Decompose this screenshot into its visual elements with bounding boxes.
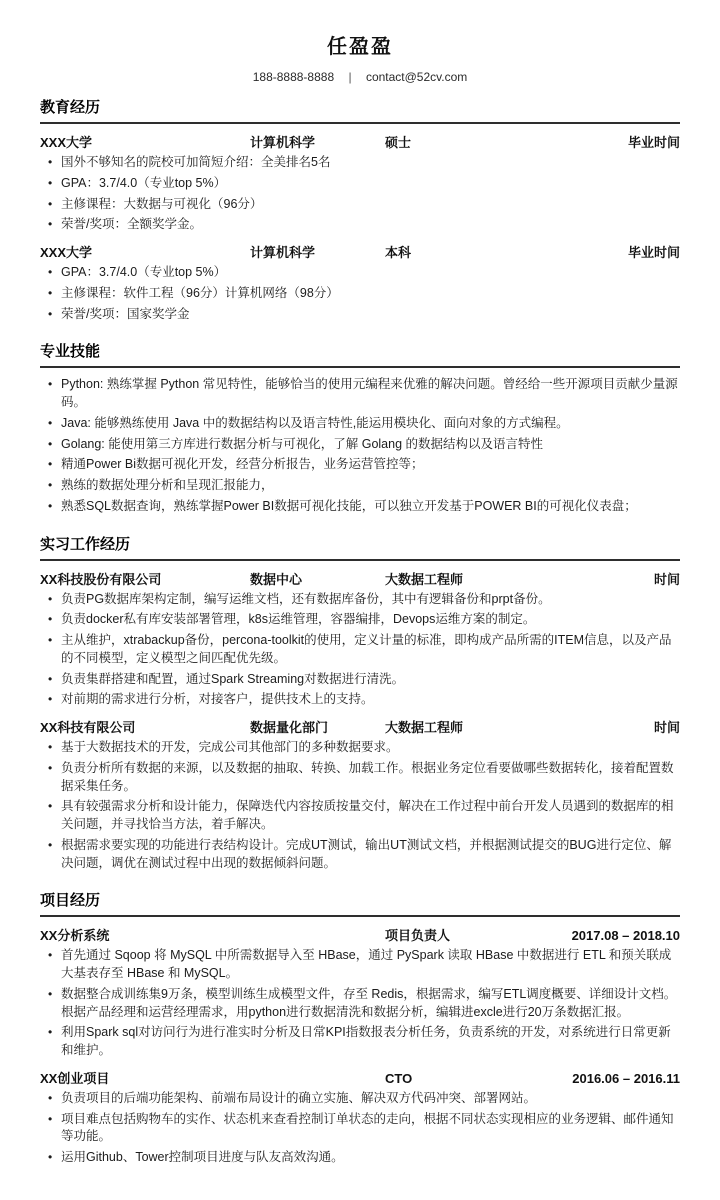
- section-work-experience: 实习工作经历 XX科技股份有限公司 数据中心 大数据工程师 时间 负责PG数据库…: [40, 533, 680, 873]
- section-title-skills: 专业技能: [40, 340, 680, 368]
- education-entries: XXX大学 计算机科学 硕士 毕业时间 国外不够知名的院校可加简短介绍：全美排名…: [40, 132, 680, 323]
- section-projects: 项目经历 XX分析系统 项目负责人 2017.08 – 2018.10 首先通过…: [40, 889, 680, 1167]
- job-title: 大数据工程师: [385, 569, 654, 588]
- bullet-item: 熟悉SQL数据查询，熟练掌握Power BI数据可视化技能，可以独立开发基于PO…: [48, 498, 680, 516]
- bullet-item: 荣誉/奖项：全额奖学金。: [48, 216, 680, 234]
- bullet-item: GPA：3.7/4.0（专业top 5%）: [48, 175, 680, 193]
- education-entry: XXX大学 计算机科学 硕士 毕业时间 国外不够知名的院校可加简短介绍：全美排名…: [40, 132, 680, 234]
- work-entry: XX科技股份有限公司 数据中心 大数据工程师 时间 负责PG数据库架构定制，编写…: [40, 569, 680, 710]
- work-time: 时间: [654, 569, 680, 588]
- bullet-item: Python: 熟练掌握 Python 常见特性，能够恰当的使用元编程来优雅的解…: [48, 376, 680, 412]
- bullet-item: 主修课程：软件工程（96分）计算机网络（98分）: [48, 285, 680, 303]
- company-name: XX科技有限公司: [40, 717, 250, 736]
- bullet-item: 运用Github、Tower控制项目进度与队友高效沟通。: [48, 1149, 680, 1167]
- major-name: 计算机科学: [250, 132, 385, 151]
- education-entry-header: XXX大学 计算机科学 硕士 毕业时间: [40, 132, 680, 151]
- major-name: 计算机科学: [250, 242, 385, 261]
- section-education: 教育经历 XXX大学 计算机科学 硕士 毕业时间 国外不够知名的院校可加简短介绍…: [40, 96, 680, 323]
- project-time: 2017.08 – 2018.10: [572, 928, 680, 943]
- bullet-item: 数据整合成训练集9万条，模型训练生成模型文件，存至 Redis，根据需求，编写E…: [48, 986, 680, 1022]
- bullet-item: Golang: 能使用第三方库进行数据分析与可视化，了解 Golang 的数据结…: [48, 436, 680, 454]
- project-name: XX分析系统: [40, 925, 385, 944]
- bullet-item: 精通Power Bi数据可视化开发，经营分析报告，业务运营管控等；: [48, 456, 680, 474]
- bullet-item: 主从维护，xtrabackup备份，percona-toolkit的使用，定义计…: [48, 632, 680, 668]
- project-entries: XX分析系统 项目负责人 2017.08 – 2018.10 首先通过 Sqoo…: [40, 925, 680, 1167]
- page-title: 任盈盈: [40, 30, 680, 59]
- bullet-item: 负责集群搭建和配置，通过Spark Streaming对数据进行清洗。: [48, 671, 680, 689]
- graduation-time: 毕业时间: [628, 132, 680, 151]
- bullet-item: 负责项目的后端功能架构、前端布局设计的确立实施、解决双方代码冲突、部署网站。: [48, 1090, 680, 1108]
- contact-separator: |: [348, 70, 351, 84]
- education-entry: XXX大学 计算机科学 本科 毕业时间 GPA：3.7/4.0（专业top 5%…: [40, 242, 680, 323]
- bullet-item: 首先通过 Sqoop 将 MySQL 中所需数据导入至 HBase，通过 PyS…: [48, 947, 680, 983]
- email-address: contact@52cv.com: [366, 70, 467, 84]
- bullet-item: 国外不够知名的院校可加简短介绍：全美排名5名: [48, 154, 680, 172]
- bullet-item: 项目难点包括购物车的实作、状态机来查看控制订单状态的走向，根据不同状态实现相应的…: [48, 1111, 680, 1147]
- bullet-item: 负责docker私有库安装部署管理，k8s运维管理，容器编排，Devops运维方…: [48, 611, 680, 629]
- graduation-time: 毕业时间: [628, 242, 680, 261]
- bullet-item: GPA：3.7/4.0（专业top 5%）: [48, 264, 680, 282]
- bullet-item: 负责PG数据库架构定制，编写运维文档，还有数据库备份，其中有逻辑备份和prpt备…: [48, 591, 680, 609]
- bullet-item: 根据需求要实现的功能进行表结构设计。完成UT测试，输出UT测试文档，并根据测试提…: [48, 837, 680, 873]
- project-role: 项目负责人: [385, 925, 572, 944]
- bullet-item: 基于大数据技术的开发，完成公司其他部门的多种数据要求。: [48, 739, 680, 757]
- section-title-projects: 项目经历: [40, 889, 680, 917]
- bullet-item: 主修课程：大数据与可视化（96分）: [48, 196, 680, 214]
- school-name: XXX大学: [40, 132, 250, 151]
- bullet-item: 具有较强需求分析和设计能力，保障迭代内容按质按量交付，解决在工作过程中前台开发人…: [48, 798, 680, 834]
- bullet-item: 对前期的需求进行分析，对接客户，提供技术上的支持。: [48, 691, 680, 709]
- company-name: XX科技股份有限公司: [40, 569, 250, 588]
- section-title-work: 实习工作经历: [40, 533, 680, 561]
- degree-name: 本科: [385, 242, 628, 261]
- project-entry: XX创业项目 CTO 2016.06 – 2016.11 负责项目的后端功能架构…: [40, 1068, 680, 1167]
- section-title-education: 教育经历: [40, 96, 680, 124]
- bullet-item: 熟练的数据处理分析和呈现汇报能力，: [48, 477, 680, 495]
- section-skills: 专业技能 Python: 熟练掌握 Python 常见特性，能够恰当的使用元编程…: [40, 340, 680, 515]
- job-title: 大数据工程师: [385, 717, 654, 736]
- project-entry-header: XX创业项目 CTO 2016.06 – 2016.11: [40, 1068, 680, 1087]
- contact-line: 188-8888-8888 | contact@52cv.com: [40, 70, 680, 84]
- project-entry-header: XX分析系统 项目负责人 2017.08 – 2018.10: [40, 925, 680, 944]
- resume-header: 任盈盈 188-8888-8888 | contact@52cv.com: [40, 30, 680, 84]
- school-name: XXX大学: [40, 242, 250, 261]
- work-time: 时间: [654, 717, 680, 736]
- work-entry-header: XX科技有限公司 数据量化部门 大数据工程师 时间: [40, 717, 680, 736]
- work-bullet-list: 基于大数据技术的开发，完成公司其他部门的多种数据要求。 负责分析所有数据的来源，…: [40, 739, 680, 872]
- work-entries: XX科技股份有限公司 数据中心 大数据工程师 时间 负责PG数据库架构定制，编写…: [40, 569, 680, 873]
- project-name: XX创业项目: [40, 1068, 385, 1087]
- project-time: 2016.06 – 2016.11: [572, 1071, 680, 1086]
- education-bullet-list: GPA：3.7/4.0（专业top 5%） 主修课程：软件工程（96分）计算机网…: [40, 264, 680, 323]
- work-bullet-list: 负责PG数据库架构定制，编写运维文档，还有数据库备份，其中有逻辑备份和prpt备…: [40, 591, 680, 710]
- bullet-item: 负责分析所有数据的来源，以及数据的抽取、转换、加载工作。根据业务定位看要做哪些数…: [48, 760, 680, 796]
- resume-page: 任盈盈 188-8888-8888 | contact@52cv.com 教育经…: [0, 0, 720, 1200]
- project-bullet-list: 首先通过 Sqoop 将 MySQL 中所需数据导入至 HBase，通过 PyS…: [40, 947, 680, 1060]
- education-entry-header: XXX大学 计算机科学 本科 毕业时间: [40, 242, 680, 261]
- skills-bullet-list: Python: 熟练掌握 Python 常见特性，能够恰当的使用元编程来优雅的解…: [40, 376, 680, 515]
- phone-number: 188-8888-8888: [253, 70, 334, 84]
- project-bullet-list: 负责项目的后端功能架构、前端布局设计的确立实施、解决双方代码冲突、部署网站。 项…: [40, 1090, 680, 1167]
- bullet-item: 荣誉/奖项：国家奖学金: [48, 306, 680, 324]
- bullet-item: Java: 能够熟练使用 Java 中的数据结构以及语言特性,能运用模块化、面向…: [48, 415, 680, 433]
- project-entry: XX分析系统 项目负责人 2017.08 – 2018.10 首先通过 Sqoo…: [40, 925, 680, 1060]
- project-role: CTO: [385, 1071, 572, 1086]
- work-entry: XX科技有限公司 数据量化部门 大数据工程师 时间 基于大数据技术的开发，完成公…: [40, 717, 680, 872]
- degree-name: 硕士: [385, 132, 628, 151]
- department-name: 数据中心: [250, 569, 385, 588]
- department-name: 数据量化部门: [250, 717, 385, 736]
- bullet-item: 利用Spark sql对访问行为进行准实时分析及日常KPI指数报表分析任务，负责…: [48, 1024, 680, 1060]
- education-bullet-list: 国外不够知名的院校可加简短介绍：全美排名5名 GPA：3.7/4.0（专业top…: [40, 154, 680, 234]
- work-entry-header: XX科技股份有限公司 数据中心 大数据工程师 时间: [40, 569, 680, 588]
